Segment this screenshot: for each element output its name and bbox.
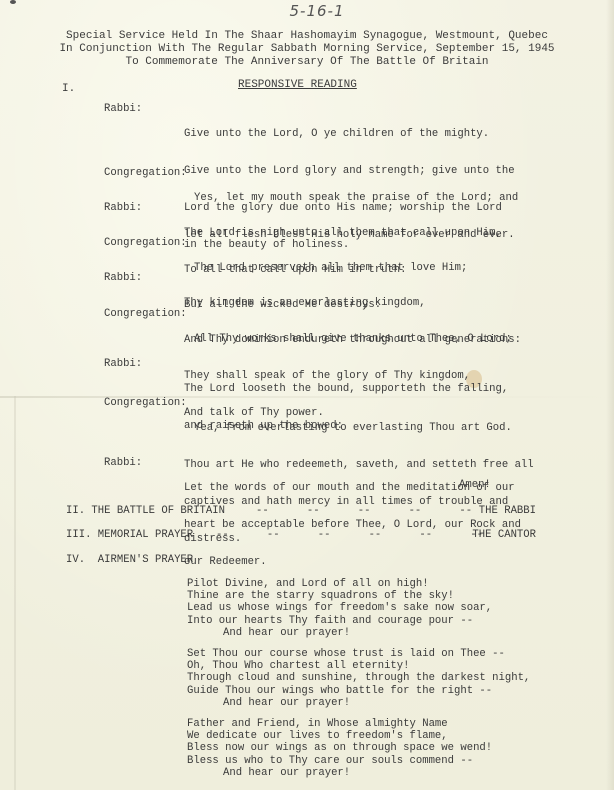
prayer-stanza: Set Thou our course whose trust is laid … <box>187 648 530 709</box>
dash-leader: -- -- -- -- -- -- <box>216 529 483 541</box>
header-line: To Commemorate The Anniversary Of The Ba… <box>0 56 614 69</box>
dash-leader: -- -- -- -- -- <box>256 505 472 517</box>
verse-line: Set Thou our course whose trust is laid … <box>187 648 530 660</box>
verse-line: Guide Thou our wings who battle for the … <box>187 685 530 697</box>
header-line: Special Service Held In The Shaar Hashom… <box>0 30 614 43</box>
program-item-performer: THE CANTOR <box>472 529 536 541</box>
section-heading: RESPONSIVE READING <box>238 79 357 91</box>
scanned-page: 5-16-1 Special Service Held In The Shaar… <box>0 0 614 790</box>
program-item-label: II. THE BATTLE OF BRITAIN <box>66 505 225 517</box>
verse-refrain: And hear our prayer! <box>187 767 492 779</box>
verse-line: Bless us who to Thy care our souls comme… <box>187 755 492 767</box>
speaker-label: Rabbi: <box>104 103 142 115</box>
program-item: II. THE BATTLE OF BRITAIN -- -- -- -- --… <box>66 505 536 519</box>
verse-line: Father and Friend, in Whose almighty Nam… <box>187 718 492 730</box>
verse-refrain: And hear our prayer! <box>187 627 492 639</box>
speaker-label: Congregation: <box>104 167 187 179</box>
verse-line: Pilot Divine, and Lord of all on high! <box>187 578 492 590</box>
verse-line: Into our hearts Thy faith and courage po… <box>187 615 492 627</box>
speaker-label: Rabbi: <box>104 202 142 214</box>
program-item-label: III. MEMORIAL PRAYER <box>66 529 193 541</box>
prayer-stanza: Pilot Divine, and Lord of all on high! T… <box>187 578 492 639</box>
paper-edge-shadow <box>606 0 614 790</box>
verse-line: Oh, Thou Who chartest all eternity! <box>187 660 530 672</box>
prayer-stanza: Father and Friend, in Whose almighty Nam… <box>187 718 492 779</box>
speaker-label: Congregation: <box>104 237 187 249</box>
speaker-label: Rabbi: <box>104 457 142 469</box>
program-item: IV. AIRMEN'S PRAYER <box>66 554 536 568</box>
verse-refrain: And hear our prayer! <box>187 697 530 709</box>
exchange-text: Let the words of our mouth and the medit… <box>184 457 521 593</box>
speaker-label: Rabbi: <box>104 272 142 284</box>
header-line: In Conjunction With The Regular Sabbath … <box>0 43 614 56</box>
document-header: Special Service Held In The Shaar Hashom… <box>0 30 614 69</box>
verse-line: Bless now our wings as on through space … <box>187 742 492 754</box>
verse-line: Thine are the starry squadrons of the sk… <box>187 590 492 602</box>
program-item-performer: THE RABBI <box>479 505 536 517</box>
text-line: Give unto the Lord, O ye children of the… <box>184 128 515 140</box>
verse-line: Through cloud and sunshine, through the … <box>187 672 530 684</box>
program-item-label: IV. AIRMEN'S PRAYER <box>66 554 193 566</box>
speaker-label: Congregation: <box>104 308 187 320</box>
text-line: The Lord looseth the bound, supporteth t… <box>184 383 508 395</box>
verse-line: Lead us whose wings for freedom's sake n… <box>187 602 492 614</box>
speaker-label: Rabbi: <box>104 358 142 370</box>
closing-amen: Amen! <box>459 479 491 491</box>
verse-line: We dedicate our lives to freedom's flame… <box>187 730 492 742</box>
program-item: III. MEMORIAL PRAYER -- -- -- -- -- -- T… <box>66 529 536 543</box>
text-line: All Thy works shall give thanks unto The… <box>194 333 512 345</box>
text-line: Yea, from everlasting to everlasting Tho… <box>194 422 534 434</box>
handwritten-reference-number: 5-16-1 <box>0 2 614 20</box>
section-number: I. <box>62 83 75 95</box>
speaker-label: Congregation: <box>104 397 187 409</box>
paper-crease <box>14 396 16 790</box>
